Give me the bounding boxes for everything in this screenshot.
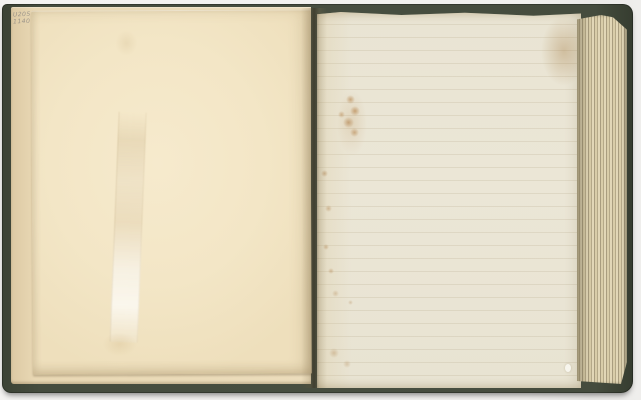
left-page-stain [103, 332, 137, 356]
foxing-stain [350, 106, 360, 116]
foxing-stain [332, 290, 339, 297]
glue-residue-streak [110, 112, 147, 343]
foxing-stain [338, 111, 345, 118]
foxing-stain [348, 300, 353, 305]
spine-gutter-shadow [301, 8, 327, 388]
scan-canvas: U205 1140 [0, 0, 641, 400]
pencil-inscription: U205 1140 [13, 11, 39, 26]
foxing-stain [346, 95, 355, 104]
foxing-stain [328, 268, 334, 274]
right-page [317, 12, 581, 388]
left-page [31, 9, 312, 374]
left-page-smudge [115, 30, 137, 56]
foxing-stain [329, 348, 339, 358]
fore-edge-page-stack [577, 15, 627, 384]
inscription-line-2: 1140 [13, 18, 39, 26]
foxing-stain [350, 128, 359, 137]
white-fleck [565, 364, 571, 372]
foxing-stain [343, 360, 351, 368]
corner-tanning [541, 16, 581, 86]
foxing-stain [343, 117, 354, 128]
